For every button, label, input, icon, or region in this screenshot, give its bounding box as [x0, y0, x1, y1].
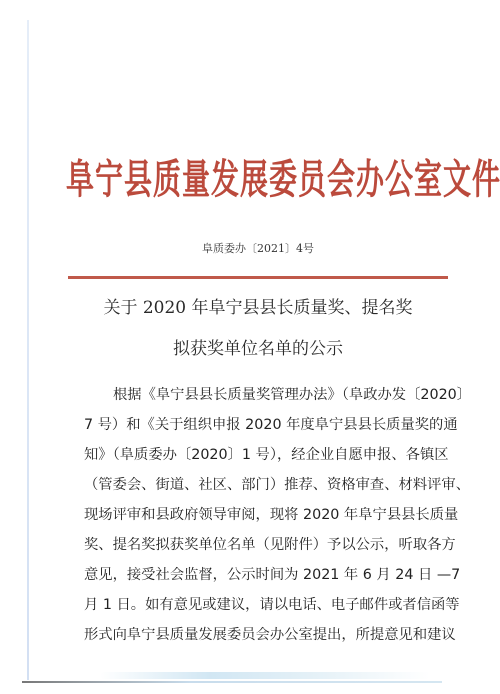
notice-title-line-2: 拟获奖单位名单的公示	[0, 334, 500, 359]
body-line: 7 号）和《关于组织申报 2020 年度阜宁县县长质量奖的通	[84, 410, 454, 440]
body-line: 奖、提名奖拟获奖单位名单（见附件）予以公示，听取各方	[84, 530, 454, 560]
body-line: 意见，接受社会监督，公示时间为 2021 年 6 月 24 日 —7	[84, 560, 454, 590]
notice-title-line-1: 关于 2020 年阜宁县县长质量奖、提名奖	[0, 293, 500, 318]
scan-edge-bottom	[22, 681, 442, 683]
body-line: 现场评审和县政府领导审阅，现将 2020 年阜宁县县长质量	[84, 500, 454, 530]
issuer-header: 阜宁县质量发展委员会办公室文件	[66, 148, 450, 206]
body-line: 形式向阜宁县质量发展委员会办公室提出，所提意见和建议	[84, 620, 454, 650]
body-line: （管委会、街道、社区、部门）推荐、资格审查、材料评审、	[84, 470, 454, 500]
document-number: 阜质委办〔2021〕4号	[0, 240, 500, 256]
red-divider-rule	[68, 276, 448, 279]
body-line: 根据《阜宁县县长质量奖管理办法》（阜政办发〔2020〕	[84, 380, 454, 410]
body-line: 知》（阜质委办〔2020〕1 号），经企业自愿申报、各镇区	[84, 440, 454, 470]
scan-smudge	[100, 672, 430, 679]
body-line: 月 1 日。如有意见或建议，请以电话、电子邮件或者信函等	[84, 590, 454, 620]
body-paragraph: 根据《阜宁县县长质量奖管理办法》（阜政办发〔2020〕 7 号）和《关于组织申报…	[84, 380, 454, 650]
